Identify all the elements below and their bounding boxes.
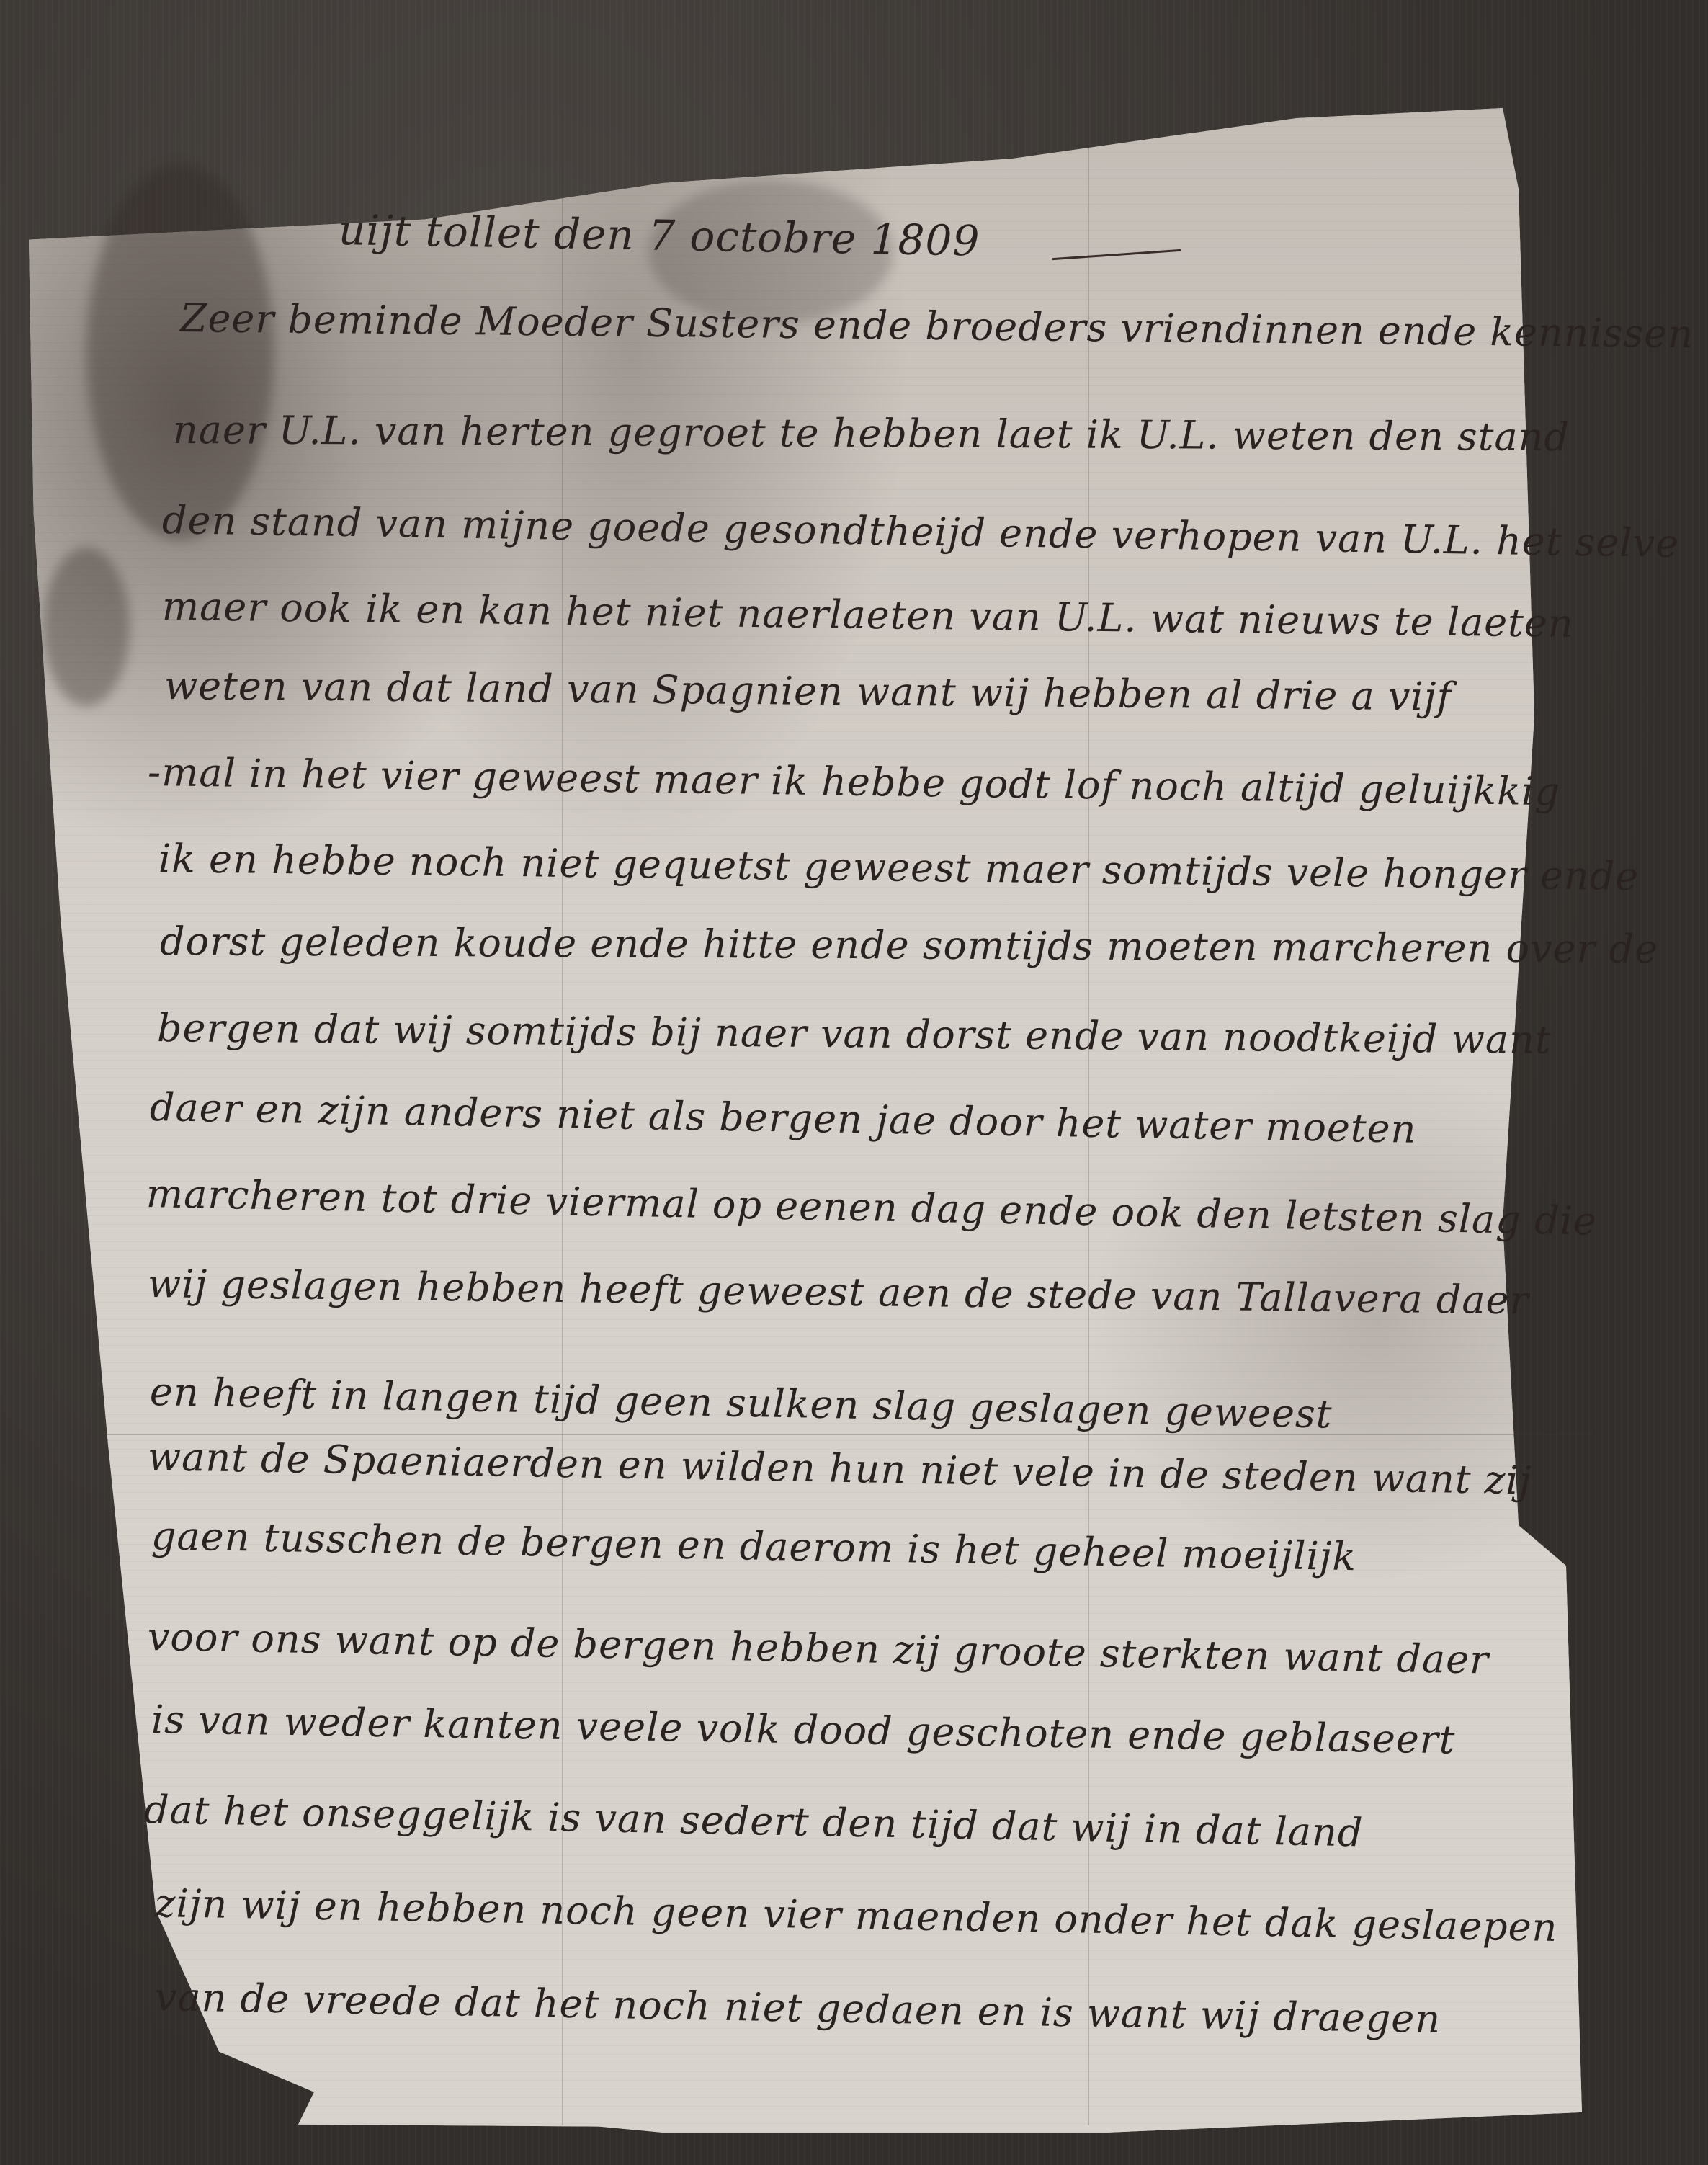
letter-line: naer U.L. van herten gegroet te hebben l… bbox=[173, 407, 1570, 460]
water-stain bbox=[43, 548, 130, 706]
fold-crease bbox=[58, 1434, 1592, 1435]
water-stain bbox=[86, 166, 274, 540]
letter-line: dorst geleden koude ende hitte ende somt… bbox=[160, 919, 1658, 972]
